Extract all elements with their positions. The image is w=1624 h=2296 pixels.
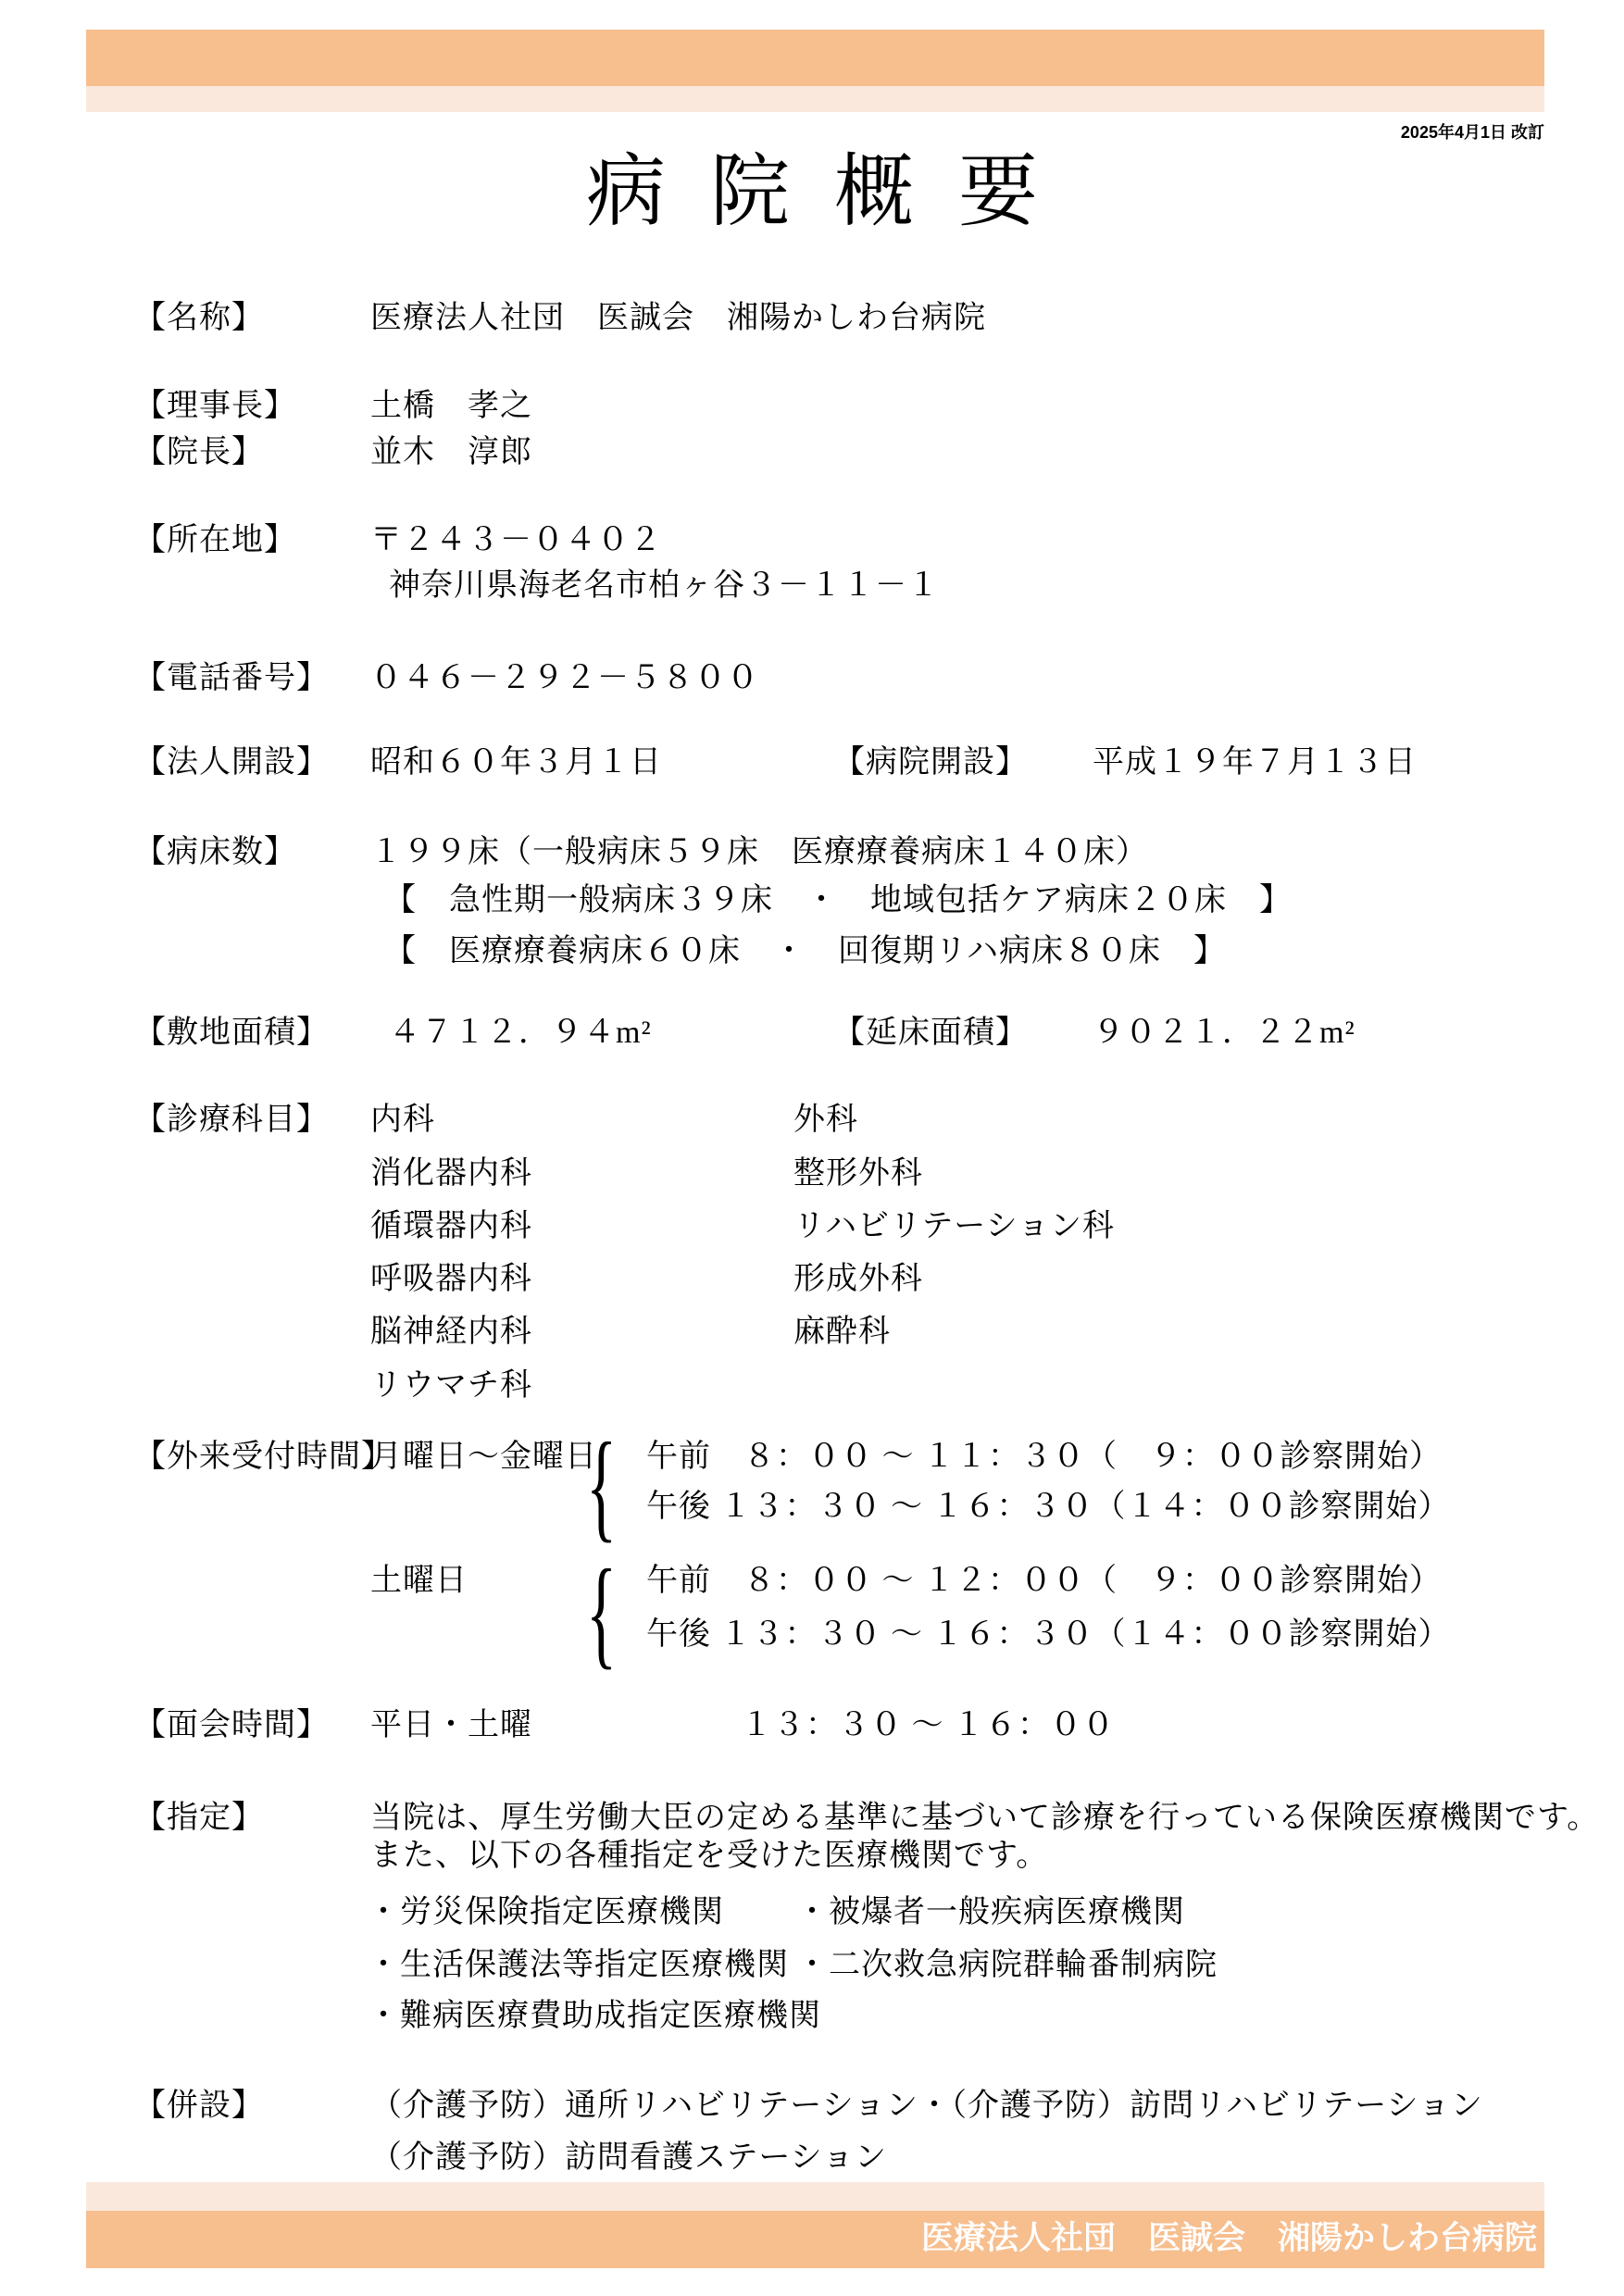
reception-saturday-pm: 午後 １３：３０ ～ １６：３０（１４：００診察開始）: [646, 1616, 1451, 1653]
field-label-hospital-established: 【病院開設】: [833, 744, 1028, 781]
department-item: 呼吸器内科: [370, 1261, 532, 1298]
designation-bullet: ・労災保険指定医療機関: [368, 1894, 724, 1931]
field-value-chairman: 土橋 孝之: [370, 388, 532, 425]
field-label-chairman: 【理事長】: [134, 388, 296, 425]
department-item: リハビリテーション科: [793, 1208, 1115, 1245]
reception-saturday-days: 土曜日: [370, 1563, 468, 1600]
header-band-light: [86, 86, 1544, 112]
field-value-beds-acute: 【 急性期一般病床３９床 ・ 地域包括ケア病床２０床 】: [384, 882, 1292, 919]
field-label-annex: 【併設】: [134, 2088, 264, 2125]
field-label-designation: 【指定】: [134, 1800, 264, 1837]
designation-paragraph-line1: 当院は、厚生労働大臣の定める基準に基づいて診療を行っている保険医療機関です。: [370, 1800, 1599, 1837]
field-value-beds-total: １９９床（一般病床５９床 医療療養病床１４０床）: [370, 834, 1148, 871]
visiting-days: 平日・土曜: [370, 1707, 532, 1744]
field-label-name: 【名称】: [134, 300, 264, 337]
reception-weekday-am: 午前 ８：００ ～ １１：３０（ ９：００診察開始）: [646, 1439, 1442, 1476]
field-value-beds-recovery: 【 医療療養病床６０床 ・ 回復期リハ病床８０床 】: [384, 933, 1226, 970]
field-label-beds: 【病床数】: [134, 834, 296, 871]
footer-band-light: [86, 2182, 1544, 2211]
department-item: 外科: [793, 1102, 858, 1139]
field-value-street-address: 神奈川県海老名市柏ヶ谷３－１１－１: [389, 568, 940, 605]
field-value-site-area: ４７１２．９４m²: [389, 1015, 652, 1052]
designation-bullet: ・被爆者一般疾病医療機関: [796, 1894, 1185, 1931]
reception-weekday-days: 月曜日～金曜日: [370, 1439, 597, 1476]
field-value-floor-area: ９０２１．２２m²: [1093, 1015, 1355, 1052]
field-value-director: 並木 淳郎: [370, 434, 532, 471]
field-label-departments: 【診療科目】: [134, 1102, 329, 1139]
reception-saturday-am: 午前 ８：００ ～ １２：００（ ９：００診察開始）: [646, 1563, 1442, 1600]
designation-bullet: ・難病医療費助成指定医療機関: [368, 1998, 821, 2035]
field-value-phone: ０４６－２９２－５８００: [370, 660, 759, 697]
brace-saturday-icon: {: [586, 1549, 617, 1677]
field-value-name: 医療法人社団 医誠会 湘陽かしわ台病院: [370, 300, 986, 337]
department-item: 麻酔科: [793, 1314, 891, 1351]
designation-bullet: ・生活保護法等指定医療機関: [368, 1947, 789, 1984]
designation-paragraph-line2: また、以下の各種指定を受けた医療機関です。: [370, 1838, 1048, 1875]
field-label-reception-hours: 【外来受付時間】: [134, 1439, 394, 1476]
field-label-phone: 【電話番号】: [134, 660, 329, 697]
department-item: 形成外科: [793, 1261, 923, 1298]
header-band-dark: [86, 30, 1544, 86]
footer-hospital-name: 医療法人社団 医誠会 湘陽かしわ台病院: [86, 2211, 1537, 2268]
revision-date: 2025年4月1日 改訂: [0, 119, 1544, 143]
visiting-time: １３：３０ ～ １６：００: [741, 1707, 1115, 1744]
department-item: リウマチ科: [370, 1367, 532, 1404]
field-label-location: 【所在地】: [134, 522, 296, 559]
department-item: 循環器内科: [370, 1208, 532, 1245]
field-label-corp-established: 【法人開設】: [134, 744, 329, 781]
department-item: 内科: [370, 1102, 435, 1139]
field-value-corp-established: 昭和６０年３月１日: [370, 744, 662, 781]
annex-line1: （介護予防）通所リハビリテーション・（介護予防）訪問リハビリテーション: [370, 2088, 1483, 2125]
department-item: 消化器内科: [370, 1155, 532, 1192]
field-value-hospital-established: 平成１９年７月１３日: [1093, 744, 1417, 781]
hospital-overview-document: 2025年4月1日 改訂 病院概要 【名称】 医療法人社団 医誠会 湘陽かしわ台…: [0, 0, 1624, 2296]
field-label-director: 【院長】: [134, 434, 264, 471]
brace-weekday-icon: {: [586, 1422, 617, 1550]
page-title: 病院概要: [0, 145, 1624, 238]
field-label-floor-area: 【延床面積】: [833, 1015, 1028, 1052]
field-value-postal-code: 〒２４３－０４０２: [370, 522, 662, 559]
department-item: 整形外科: [793, 1155, 923, 1192]
designation-bullet: ・二次救急病院群輪番制病院: [796, 1947, 1218, 1984]
field-label-site-area: 【敷地面積】: [134, 1015, 329, 1052]
department-item: 脳神経内科: [370, 1314, 532, 1351]
annex-line2: （介護予防）訪問看護ステーション: [370, 2140, 887, 2177]
field-label-visiting-hours: 【面会時間】: [134, 1707, 329, 1744]
reception-weekday-pm: 午後 １３：３０ ～ １６：３０（１４：００診察開始）: [646, 1489, 1451, 1526]
